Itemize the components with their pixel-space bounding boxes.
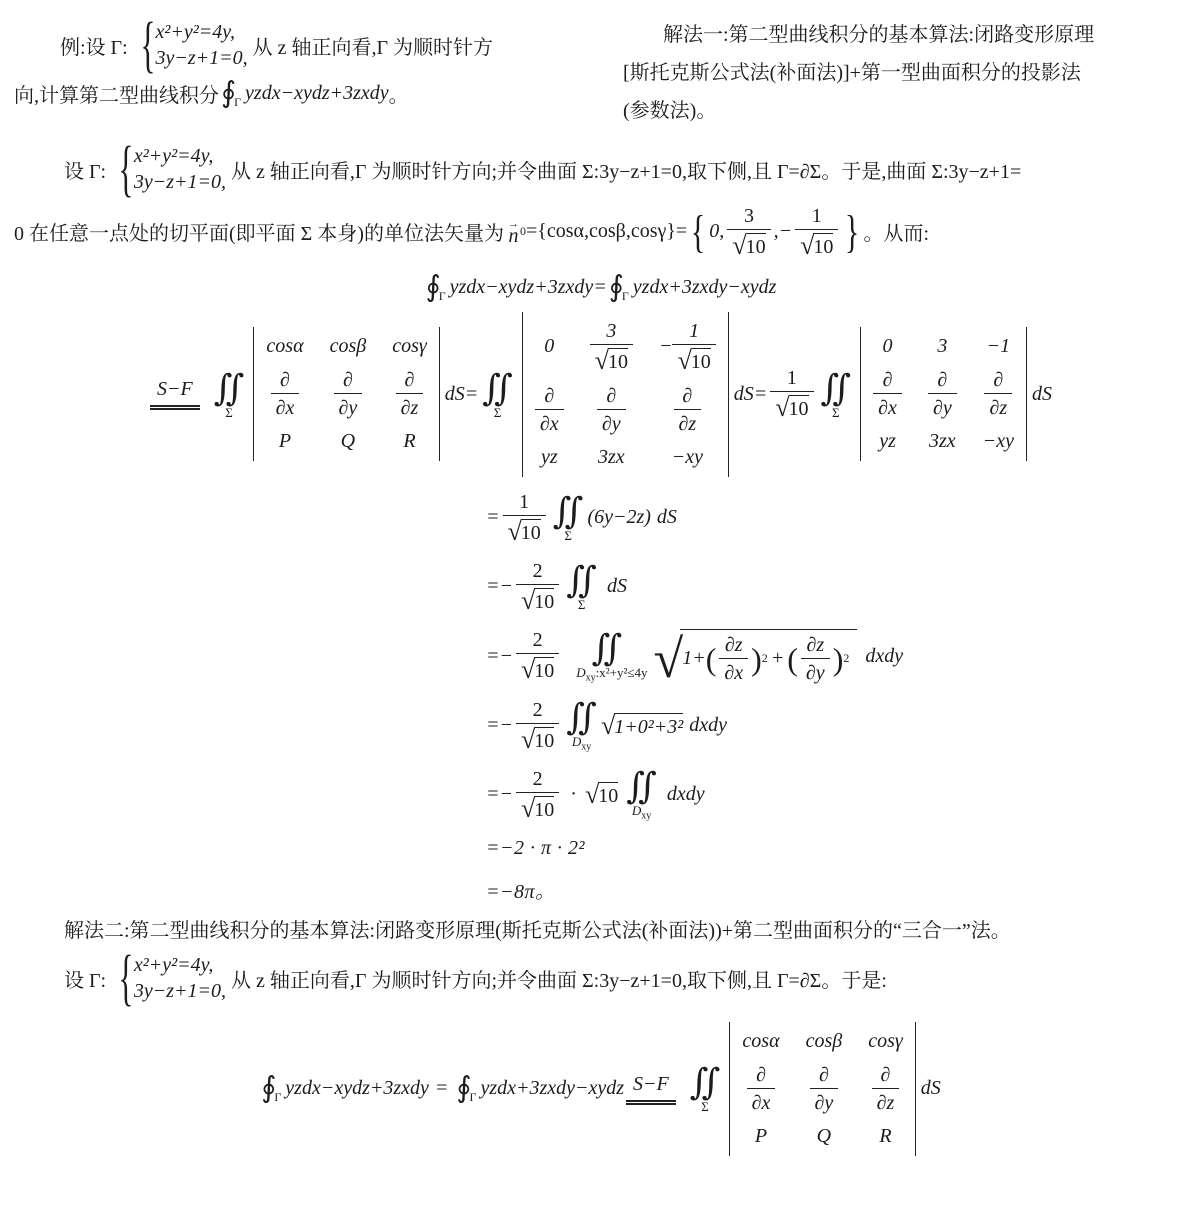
equals-sign: = — [486, 506, 500, 529]
step-2: =− 2 √10 ∬ Σ dS — [486, 560, 1186, 614]
cases-rows: x²+y²=4y, 3y−z+1=0, — [155, 21, 247, 70]
problem-line-2: 向,计算第二型曲线积分 ∮ Γ yzdx−xydz+3zxdy 。 — [14, 79, 609, 108]
equals-minus: =− — [486, 783, 513, 806]
dS-label: dS — [1032, 383, 1052, 406]
case-equation-1: x²+y²=4y, — [155, 21, 247, 44]
det-cell: 3 — [937, 335, 947, 358]
determinant-normal: 0 3 √10 − 1 √10 ∂∂x ∂∂y ∂∂z yz 3zx −xy — [522, 312, 729, 477]
equals-minus: =− — [486, 645, 513, 668]
stokes-formula-label: S−F — [150, 378, 200, 410]
left-paren: ( — [787, 643, 798, 675]
partial-x: ∂∂x — [873, 369, 902, 419]
det-cell: cosγ — [868, 1030, 903, 1053]
sqrt-10: √ 10 — [585, 782, 618, 808]
partial-x: ∂∂x — [535, 385, 564, 435]
case-equation-2: 3y−z+1=0, — [134, 980, 226, 1003]
det-cell: yz — [879, 430, 896, 453]
iint-subscript: Σ — [494, 406, 502, 419]
partial-z: ∂∂z — [674, 385, 702, 435]
top-block: 例:设 Γ: { x²+y²=4y, 3y−z+1=0, 从 z 轴正向看,Γ … — [14, 16, 1186, 130]
step-5: =− 2 √10 · √ 10 ∬ Dxy dxdy — [486, 768, 1186, 822]
partial-y: ∂∂y — [597, 385, 626, 435]
radical-icon: √ — [601, 713, 615, 739]
setup1-seg1: 从 z 轴正向看,Γ 为顺时针方向;并令曲面 Σ:3y−z+1=0,取下侧,且 … — [231, 155, 1021, 184]
problem-after: 从 z 轴正向看,Γ 为顺时针方 — [253, 31, 493, 60]
det-cell: R — [403, 430, 415, 453]
equation-rearranged: ∮ Γ yzdx−xydz+3zxdy = ∮ Γ yzdx+3zxdy−xyd… — [14, 273, 1186, 302]
det-cell-neg-frac: − 1 √10 — [659, 320, 716, 374]
equals-sign: = — [754, 383, 768, 406]
oint-subscript: Γ — [470, 1090, 477, 1105]
double-integral-sigma: ∬ Σ — [214, 370, 245, 419]
det-cell: P — [755, 1125, 767, 1148]
double-integral-sigma: ∬ Σ — [690, 1064, 721, 1113]
contour-integral: ∮ Γ — [261, 1074, 283, 1103]
setup1-lead: 设 Γ: — [64, 155, 106, 184]
double-integral-domain: ∬ Dxy — [626, 768, 657, 822]
oint-subscript: Γ — [439, 289, 446, 304]
frac-2-sqrt10: 2 √10 — [516, 768, 559, 822]
setup2-seg1: 从 z 轴正向看,Γ 为顺时针方向;并令曲面 Σ:3y−z+1=0,取下侧,且 … — [231, 964, 887, 993]
dS-label: dS — [921, 1077, 941, 1100]
sqrt-10: √10 — [800, 233, 833, 259]
radical-icon: √ — [677, 348, 691, 374]
det-cell: 0 — [883, 335, 893, 358]
fraction-denominator: √10 — [795, 229, 838, 259]
setup1-tail: 。从而: — [863, 217, 929, 246]
equals-minus: =− — [486, 714, 513, 737]
cases-rows: x²+y²=4y, 3y−z+1=0, — [134, 145, 226, 194]
step-4: =− 2 √10 ∬ Dxy √ 1+0²+3² dxdy — [486, 699, 1186, 753]
setup2-lead: 设 Γ: — [64, 964, 106, 993]
period: 。 — [389, 79, 409, 108]
setup1-eq-mid: ={cosα,cosβ,cosγ}= — [526, 220, 687, 243]
domain-subscript: Dxy — [632, 804, 651, 822]
normal-vector: → n — [508, 221, 519, 243]
integrand: yzdx−xydz+3zxdy — [245, 82, 389, 105]
problem-line-1: 例:设 Γ: { x²+y²=4y, 3y−z+1=0, 从 z 轴正向看,Γ … — [14, 16, 609, 75]
iint-symbol: ∬ — [690, 1064, 721, 1100]
step-1: = 1 √10 ∬ Σ (6y−2z) dS — [486, 491, 1186, 545]
oint-subscript: Γ — [234, 95, 241, 110]
set-elem0: 0, — [709, 220, 724, 243]
det-cell: cosγ — [392, 335, 427, 358]
math-document-page: 例:设 Γ: { x²+y²=4y, 3y−z+1=0, 从 z 轴正向看,Γ … — [0, 0, 1200, 1156]
case-equation-1: x²+y²=4y, — [134, 145, 226, 168]
problem-statement: 例:设 Γ: { x²+y²=4y, 3y−z+1=0, 从 z 轴正向看,Γ … — [14, 16, 609, 130]
frac-2-sqrt10: 2 √10 — [516, 629, 559, 683]
radical-icon: √ — [521, 727, 535, 753]
det-cell: cosβ — [806, 1030, 843, 1053]
dS-label: dS — [445, 383, 465, 406]
problem-line2-text: 向,计算第二型曲线积分 — [14, 79, 219, 108]
cases-group: { x²+y²=4y, 3y−z+1=0, — [111, 949, 226, 1008]
dS-label: dS — [607, 575, 627, 598]
fraction-3-sqrt10: 3 √10 — [727, 205, 770, 259]
setup2-line1: 设 Γ: { x²+y²=4y, 3y−z+1=0, 从 z 轴正向看,Γ 为顺… — [14, 949, 1186, 1008]
cases-group: { x²+y²=4y, 3y−z+1=0, — [111, 140, 226, 199]
method1-line3: (参数法)。 — [623, 92, 1186, 130]
dot-operator: · — [570, 783, 577, 806]
det-cell: cosα — [742, 1030, 779, 1053]
final-rhs: yzdx+3zxdy−xydz — [480, 1077, 624, 1100]
integrand-6y-2z: (6y−2z) — [587, 506, 650, 529]
determinant-simplified: 0 3 −1 ∂∂x ∂∂y ∂∂z yz 3zx −xy — [860, 327, 1027, 461]
frac-3-sqrt10: 3 √10 — [590, 320, 633, 374]
partial-z: ∂∂z — [872, 1064, 900, 1114]
problem-lead: 例:设 Γ: — [60, 31, 128, 60]
step-3: =− 2 √10 ∬ Dxy:x²+y²≤4y √ 1+ ( ∂z∂x ) 2 … — [486, 629, 1186, 684]
right-paren: ) — [751, 643, 762, 675]
det-cell: 3zx — [598, 446, 625, 469]
iint-symbol: ∬ — [553, 493, 584, 529]
partial-z-x: ∂z∂x — [719, 634, 748, 684]
left-paren: ( — [706, 643, 717, 675]
domain-subscript: Dxy:x²+y²≤4y — [576, 666, 647, 684]
partial-z-y: ∂z∂y — [801, 634, 830, 684]
radical-icon: √ — [732, 233, 746, 259]
final-lhs: yzdx−xydz+3zxdy — [285, 1077, 429, 1100]
plus-sign: + — [771, 647, 785, 670]
case-equation-2: 3y−z+1=0, — [134, 171, 226, 194]
iint-subscript: Σ — [701, 1100, 709, 1113]
det-cell: −1 — [987, 335, 1011, 358]
set-right-brace: } — [845, 209, 859, 255]
big-radical: √ 1+ ( ∂z∂x ) 2 + ( ∂z∂y ) 2 — [654, 629, 858, 684]
iint-symbol: ∬ — [482, 370, 513, 406]
double-integral-domain: ∬ Dxy — [566, 699, 597, 753]
double-integral-domain: ∬ Dxy:x²+y²≤4y — [566, 630, 647, 684]
contour-integral: ∮ Γ — [426, 273, 448, 302]
frac-1-sqrt10: 1 √10 — [503, 491, 546, 545]
eq1-lhs: yzdx−xydz+3zxdy — [450, 276, 594, 299]
case-equation-1: x²+y²=4y, — [134, 954, 226, 977]
frac-1-sqrt10: 1 √10 — [672, 320, 715, 374]
partial-x: ∂∂x — [271, 369, 300, 419]
stokes-formula-label: S−F — [626, 1073, 676, 1105]
det-cell: Q — [341, 430, 355, 453]
det-cell: −xy — [983, 430, 1014, 453]
method1-heading: 解法一:第二型曲线积分的基本算法:闭路变形原理 [斯托克斯公式法(补面法)]+第… — [623, 16, 1186, 130]
partial-y: ∂∂y — [810, 1064, 839, 1114]
det-cell: R — [879, 1125, 891, 1148]
set-left-brace: { — [691, 209, 705, 255]
case-equation-2: 3y−z+1=0, — [155, 47, 247, 70]
equals-minus: =− — [486, 575, 513, 598]
partial-z: ∂∂z — [396, 369, 424, 419]
radical-icon: √ — [521, 796, 535, 822]
radical-icon: √ — [775, 395, 789, 421]
fraction-denominator: √10 — [727, 229, 770, 259]
eq1-rhs: yzdx+3zxdy−xydz — [633, 276, 777, 299]
step7-text: =−8π。 — [486, 875, 556, 904]
det-cell: 0 — [544, 335, 554, 358]
iint-subscript: Σ — [225, 406, 233, 419]
stokes-determinant-row: S−F ∬ Σ cosα cosβ cosγ ∂∂x ∂∂y ∂∂z P Q R… — [14, 312, 1186, 477]
vector-base: n — [508, 229, 518, 243]
fraction-1-sqrt10: 1 √10 — [795, 205, 838, 259]
det-cell: −xy — [672, 446, 703, 469]
dS-label: dS — [657, 506, 677, 529]
setup1-seg2: 0 在任意一点处的切平面(即平面 Σ 本身)的单位法矢量为 — [14, 217, 504, 246]
step-6: =−2 · π · 2² — [486, 837, 1186, 860]
radical-icon: √ — [654, 635, 684, 684]
fraction-numerator: 1 — [807, 205, 827, 229]
iint-symbol: ∬ — [214, 370, 245, 406]
determinant-pqr: cosα cosβ cosγ ∂∂x ∂∂y ∂∂z P Q R — [729, 1022, 915, 1156]
oint-subscript: Γ — [622, 289, 629, 304]
contour-integral: ∮ Γ — [221, 79, 243, 108]
double-integral-sigma: ∬ Σ — [821, 370, 852, 419]
step-7: =−8π。 — [486, 875, 1186, 904]
iint-subscript: Σ — [832, 406, 840, 419]
partial-x: ∂∂x — [747, 1064, 776, 1114]
right-paren: ) — [833, 643, 844, 675]
equals-sign: = — [465, 383, 479, 406]
double-integral-sigma: ∬ Σ — [482, 370, 513, 419]
minus-sign: − — [779, 220, 793, 243]
contour-integral: ∮ Γ — [456, 1074, 478, 1103]
iint-symbol: ∬ — [821, 370, 852, 406]
det-cell: cosα — [266, 335, 303, 358]
frac-2-sqrt10: 2 √10 — [516, 560, 559, 614]
dxdy-label: dxdy — [865, 645, 903, 668]
iint-symbol: ∬ — [566, 699, 597, 735]
radical-icon: √ — [521, 588, 535, 614]
iint-symbol: ∬ — [566, 562, 597, 598]
radical-icon: √ — [508, 519, 522, 545]
det-cell: P — [279, 430, 291, 453]
fraction-numerator: 3 — [739, 205, 759, 229]
radical-icon: √ — [595, 348, 609, 374]
setup1-line1: 设 Γ: { x²+y²=4y, 3y−z+1=0, 从 z 轴正向看,Γ 为顺… — [14, 140, 1186, 199]
left-brace: { — [140, 16, 155, 75]
partial-z: ∂∂z — [984, 369, 1012, 419]
method2-heading: 解法二:第二型曲线积分的基本算法:闭路变形原理(斯托克斯公式法(补面法))+第二… — [14, 914, 1186, 943]
contour-integral: ∮ Γ — [609, 273, 631, 302]
method1-line1: 解法一:第二型曲线积分的基本算法:闭路变形原理 — [623, 16, 1186, 54]
domain-subscript: Dxy — [572, 735, 591, 753]
partial-y: ∂∂y — [928, 369, 957, 419]
setup1-line2: 0 在任意一点处的切平面(即平面 Σ 本身)的单位法矢量为 → n 0 ={co… — [14, 205, 1186, 259]
equals-sign: = — [593, 276, 607, 299]
double-integral-sigma: ∬ Σ — [553, 493, 584, 542]
determinant-pqr: cosα cosβ cosγ ∂∂x ∂∂y ∂∂z P Q R — [253, 327, 439, 461]
final-equation: ∮ Γ yzdx−xydz+3zxdy = ∮ Γ yzdx+3zxdy−xyd… — [14, 1022, 1186, 1156]
det-cell: yz — [541, 446, 558, 469]
exponent: 2 — [762, 651, 768, 666]
dxdy-label: dxdy — [667, 783, 705, 806]
cases-rows: x²+y²=4y, 3y−z+1=0, — [134, 954, 226, 1003]
coefficient-1-sqrt10: 1 √10 — [770, 367, 813, 421]
dS-label: dS — [734, 383, 754, 406]
sqrt-10: √10 — [732, 233, 765, 259]
step6-text: =−2 · π · 2² — [486, 837, 585, 860]
sqrt-1-0-3: √ 1+0²+3² — [601, 713, 683, 739]
double-integral-sigma: ∬ Σ — [566, 562, 597, 611]
iint-symbol: ∬ — [626, 768, 657, 804]
equals-sign: = — [435, 1077, 449, 1100]
exponent: 2 — [843, 651, 849, 666]
method1-line2: [斯托克斯公式法(补面法)]+第一型曲面积分的投影法 — [623, 54, 1186, 92]
radical-icon: √ — [521, 657, 535, 683]
dxdy-label: dxdy — [689, 714, 727, 737]
frac-2-sqrt10: 2 √10 — [516, 699, 559, 753]
radical-icon: √ — [800, 233, 814, 259]
iint-symbol: ∬ — [592, 630, 623, 666]
det-cell: 3zx — [929, 430, 956, 453]
left-brace: { — [119, 949, 134, 1008]
det-cell: Q — [817, 1125, 831, 1148]
det-cell: cosβ — [330, 335, 367, 358]
partial-y: ∂∂y — [334, 369, 363, 419]
oint-subscript: Γ — [274, 1090, 281, 1105]
left-brace: { — [119, 140, 134, 199]
radical-icon: √ — [585, 782, 599, 808]
cases-group: { x²+y²=4y, 3y−z+1=0, — [133, 16, 248, 75]
